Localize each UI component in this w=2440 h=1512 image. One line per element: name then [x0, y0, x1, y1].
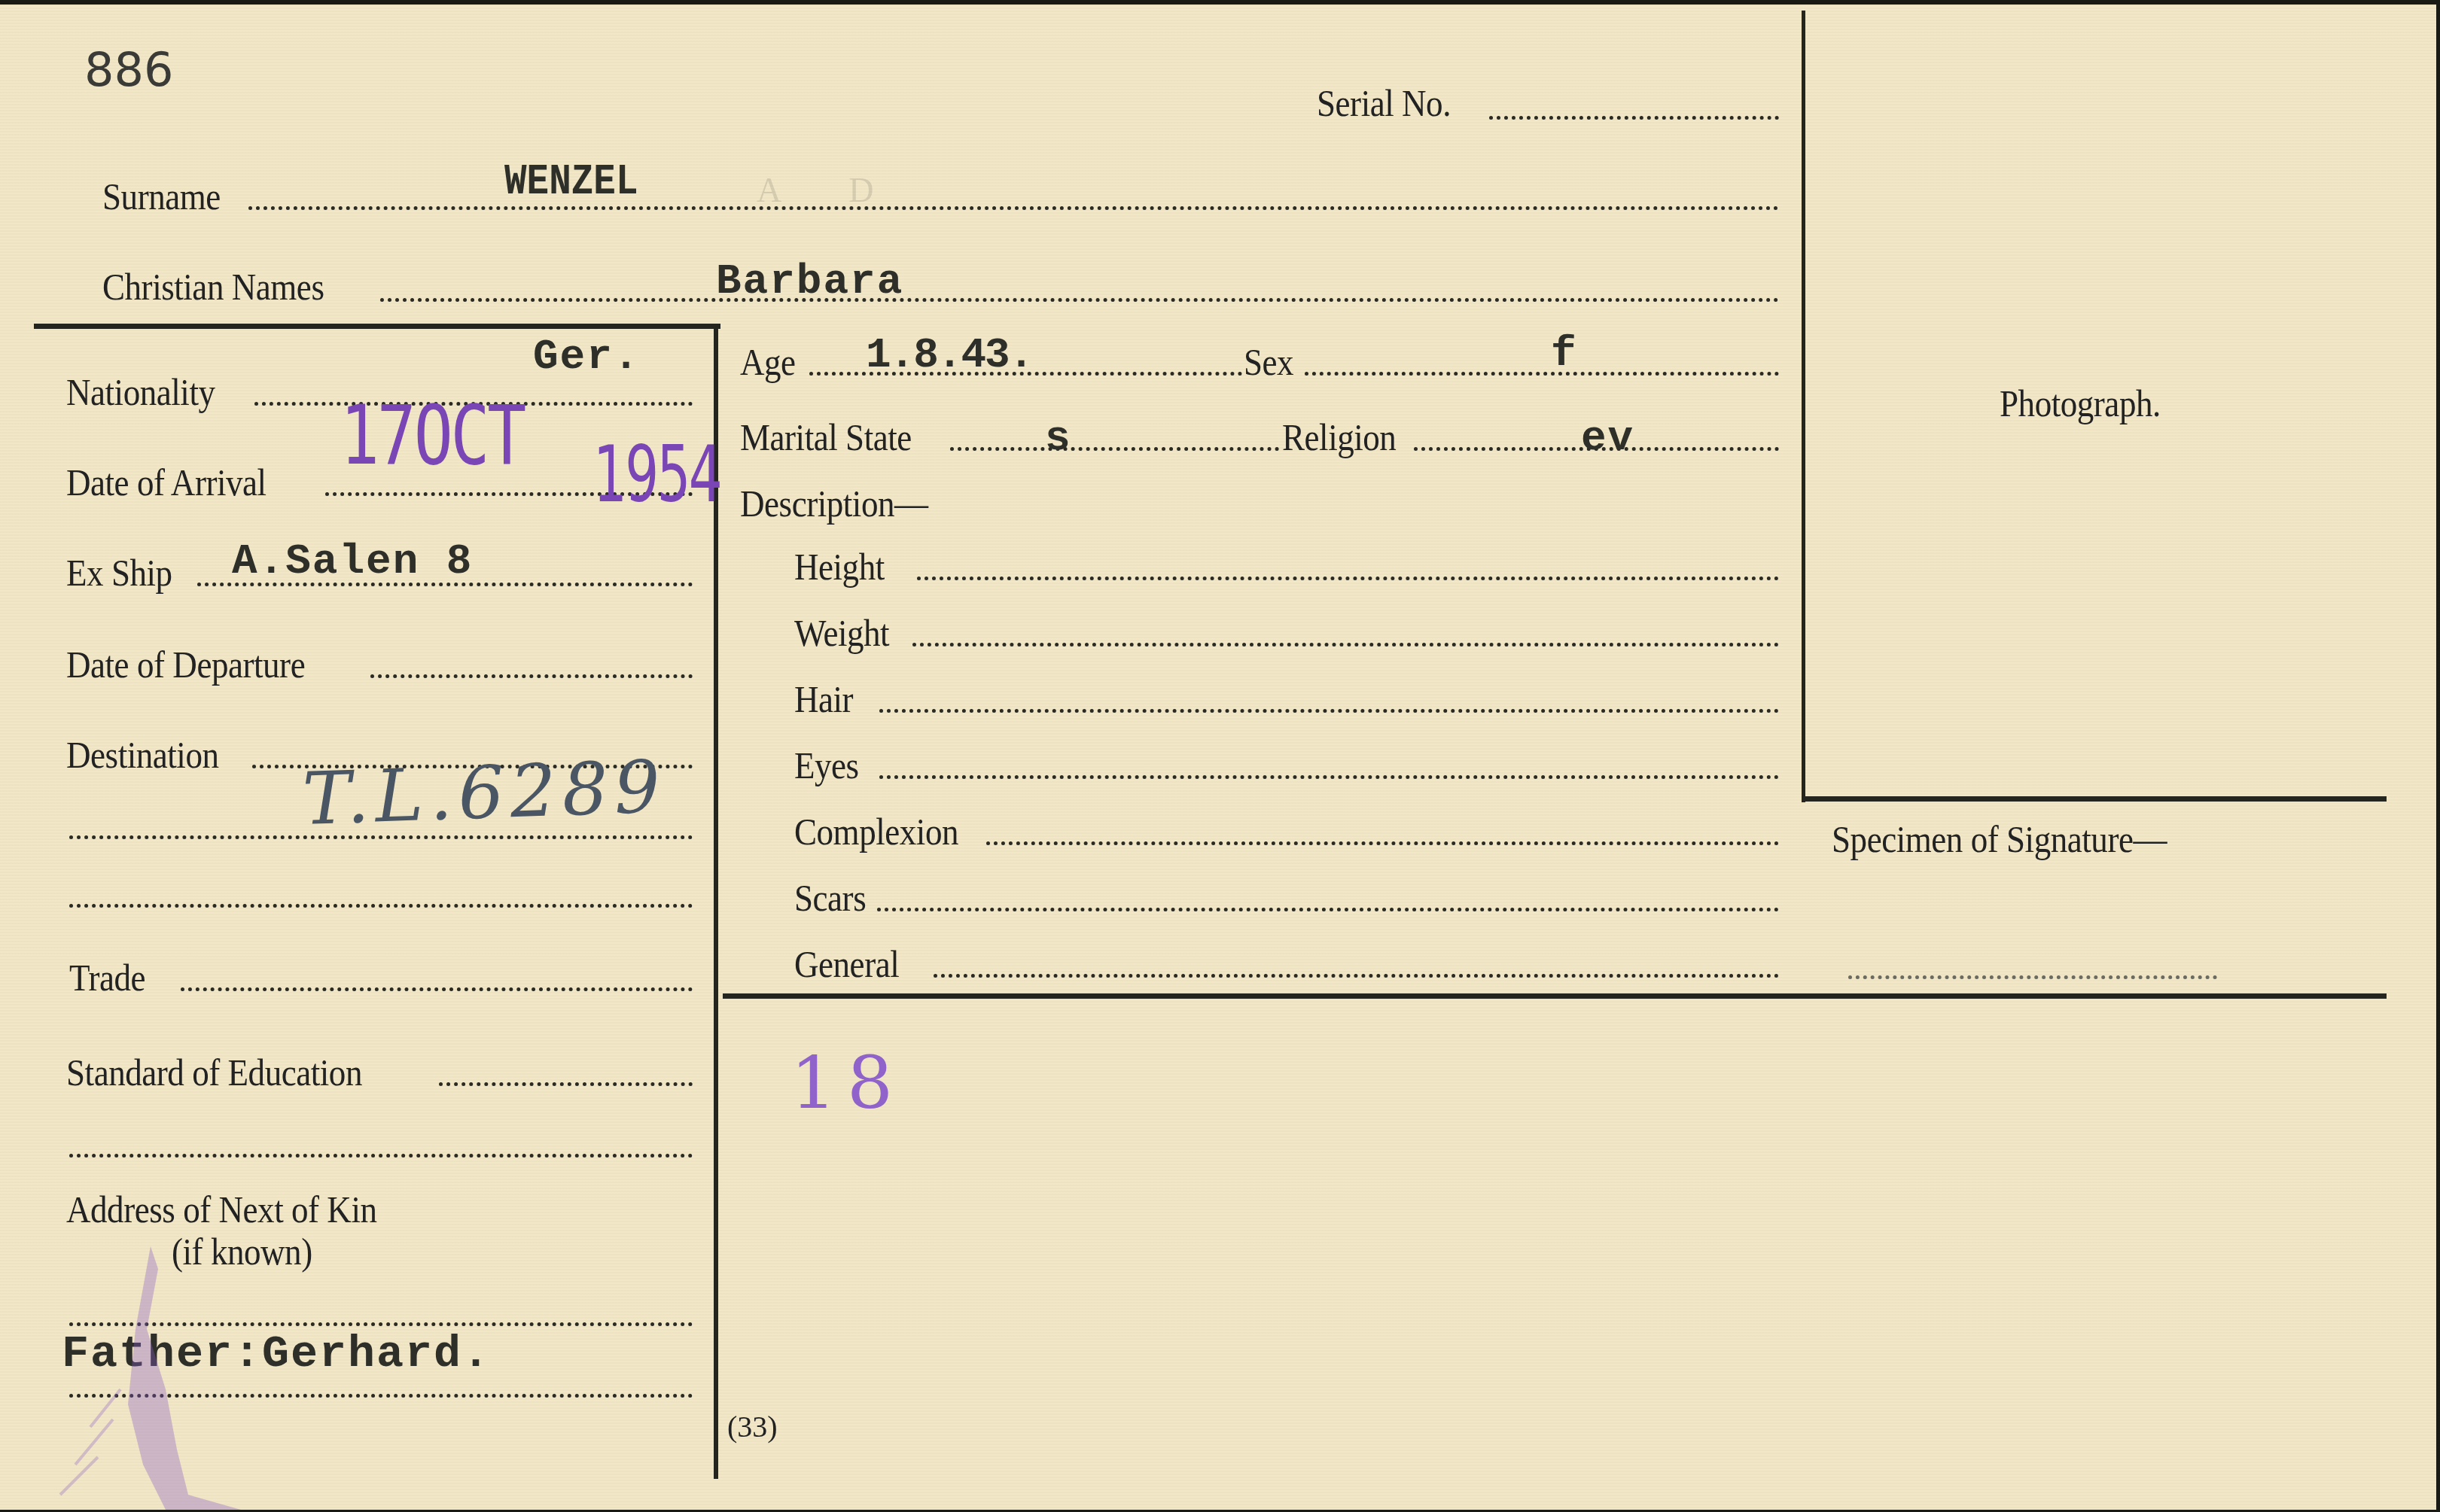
weight-field[interactable]	[912, 643, 1779, 646]
hair-field[interactable]	[879, 709, 1779, 713]
surname-label: Surname	[102, 178, 221, 215]
eyes-label: Eyes	[794, 747, 859, 784]
religion-value: ev	[1581, 417, 1634, 459]
age-label: Age	[740, 343, 796, 381]
destination-line-2[interactable]	[69, 835, 693, 839]
trade-label: Trade	[69, 959, 145, 996]
sex-label: Sex	[1244, 343, 1293, 381]
scars-label: Scars	[794, 879, 866, 917]
photo-bottom-rule	[1802, 796, 2387, 802]
general-field[interactable]	[934, 974, 1779, 978]
religion-label: Religion	[1282, 418, 1396, 456]
age-value: 1.8.43.	[866, 334, 1032, 376]
left-top-rule	[34, 324, 720, 329]
weight-label: Weight	[794, 614, 889, 652]
description-label: Description—	[740, 485, 928, 522]
christian-names-label: Christian Names	[102, 268, 324, 306]
form-number: (33)	[727, 1409, 778, 1444]
hair-label: Hair	[794, 680, 853, 718]
serial-no-field[interactable]	[1489, 116, 1779, 120]
photo-left-rule	[1802, 11, 1805, 802]
description-bottom-rule	[723, 993, 2387, 999]
signature-label: Specimen of Signature—	[1832, 820, 2167, 858]
destination-value: T.L.6289	[301, 750, 667, 835]
signature-field[interactable]	[1848, 975, 2217, 979]
scars-field[interactable]	[877, 908, 1779, 911]
sex-field[interactable]	[1305, 372, 1779, 376]
christian-names-value: Barbara	[716, 260, 903, 303]
marital-state-label: Marital State	[740, 418, 912, 456]
ex-ship-label: Ex Ship	[66, 554, 172, 592]
serial-no-label: Serial No.	[1317, 84, 1451, 122]
destination-line-3[interactable]	[69, 904, 693, 908]
arrival-date-stamp: 17OCT	[340, 396, 570, 477]
nationality-label: Nationality	[66, 373, 215, 411]
sex-value: f	[1551, 333, 1578, 375]
christian-names-field[interactable]	[380, 298, 1779, 302]
destination-label: Destination	[66, 736, 219, 774]
date-of-departure-label: Date of Departure	[66, 646, 305, 683]
ink-smudge	[45, 1239, 286, 1510]
marital-state-field[interactable]	[950, 447, 1279, 451]
number-stamp: 18	[790, 1047, 903, 1119]
bleed-through-text: A D	[757, 170, 903, 210]
height-field[interactable]	[917, 577, 1779, 580]
registration-card: 886 Serial No. Surname WENZEL A D Christ…	[0, 5, 2436, 1510]
date-of-departure-field[interactable]	[370, 674, 693, 678]
trade-field[interactable]	[181, 987, 693, 991]
complexion-field[interactable]	[986, 841, 1779, 845]
ex-ship-value: A.Salen 8	[232, 540, 473, 583]
stamp-year: 1954	[593, 435, 720, 513]
date-of-arrival-label: Date of Arrival	[66, 464, 267, 501]
standard-of-education-label: Standard of Education	[66, 1054, 362, 1091]
surname-value: WENZEL	[504, 161, 638, 205]
photograph-label: Photograph.	[2000, 385, 2161, 422]
marital-state-value: s	[1045, 417, 1072, 459]
surname-field[interactable]	[248, 206, 1779, 210]
standard-of-education-field[interactable]	[439, 1082, 693, 1086]
height-label: Height	[794, 548, 885, 586]
complexion-label: Complexion	[794, 813, 958, 850]
stamp-day-month: 17OCT	[340, 396, 524, 477]
nationality-value: Ger.	[533, 336, 640, 378]
eyes-field[interactable]	[879, 775, 1779, 779]
education-line-2[interactable]	[69, 1154, 693, 1158]
next-of-kin-label: Address of Next of Kin	[66, 1191, 377, 1228]
card-number: 886	[84, 42, 173, 97]
general-label: General	[794, 945, 899, 983]
